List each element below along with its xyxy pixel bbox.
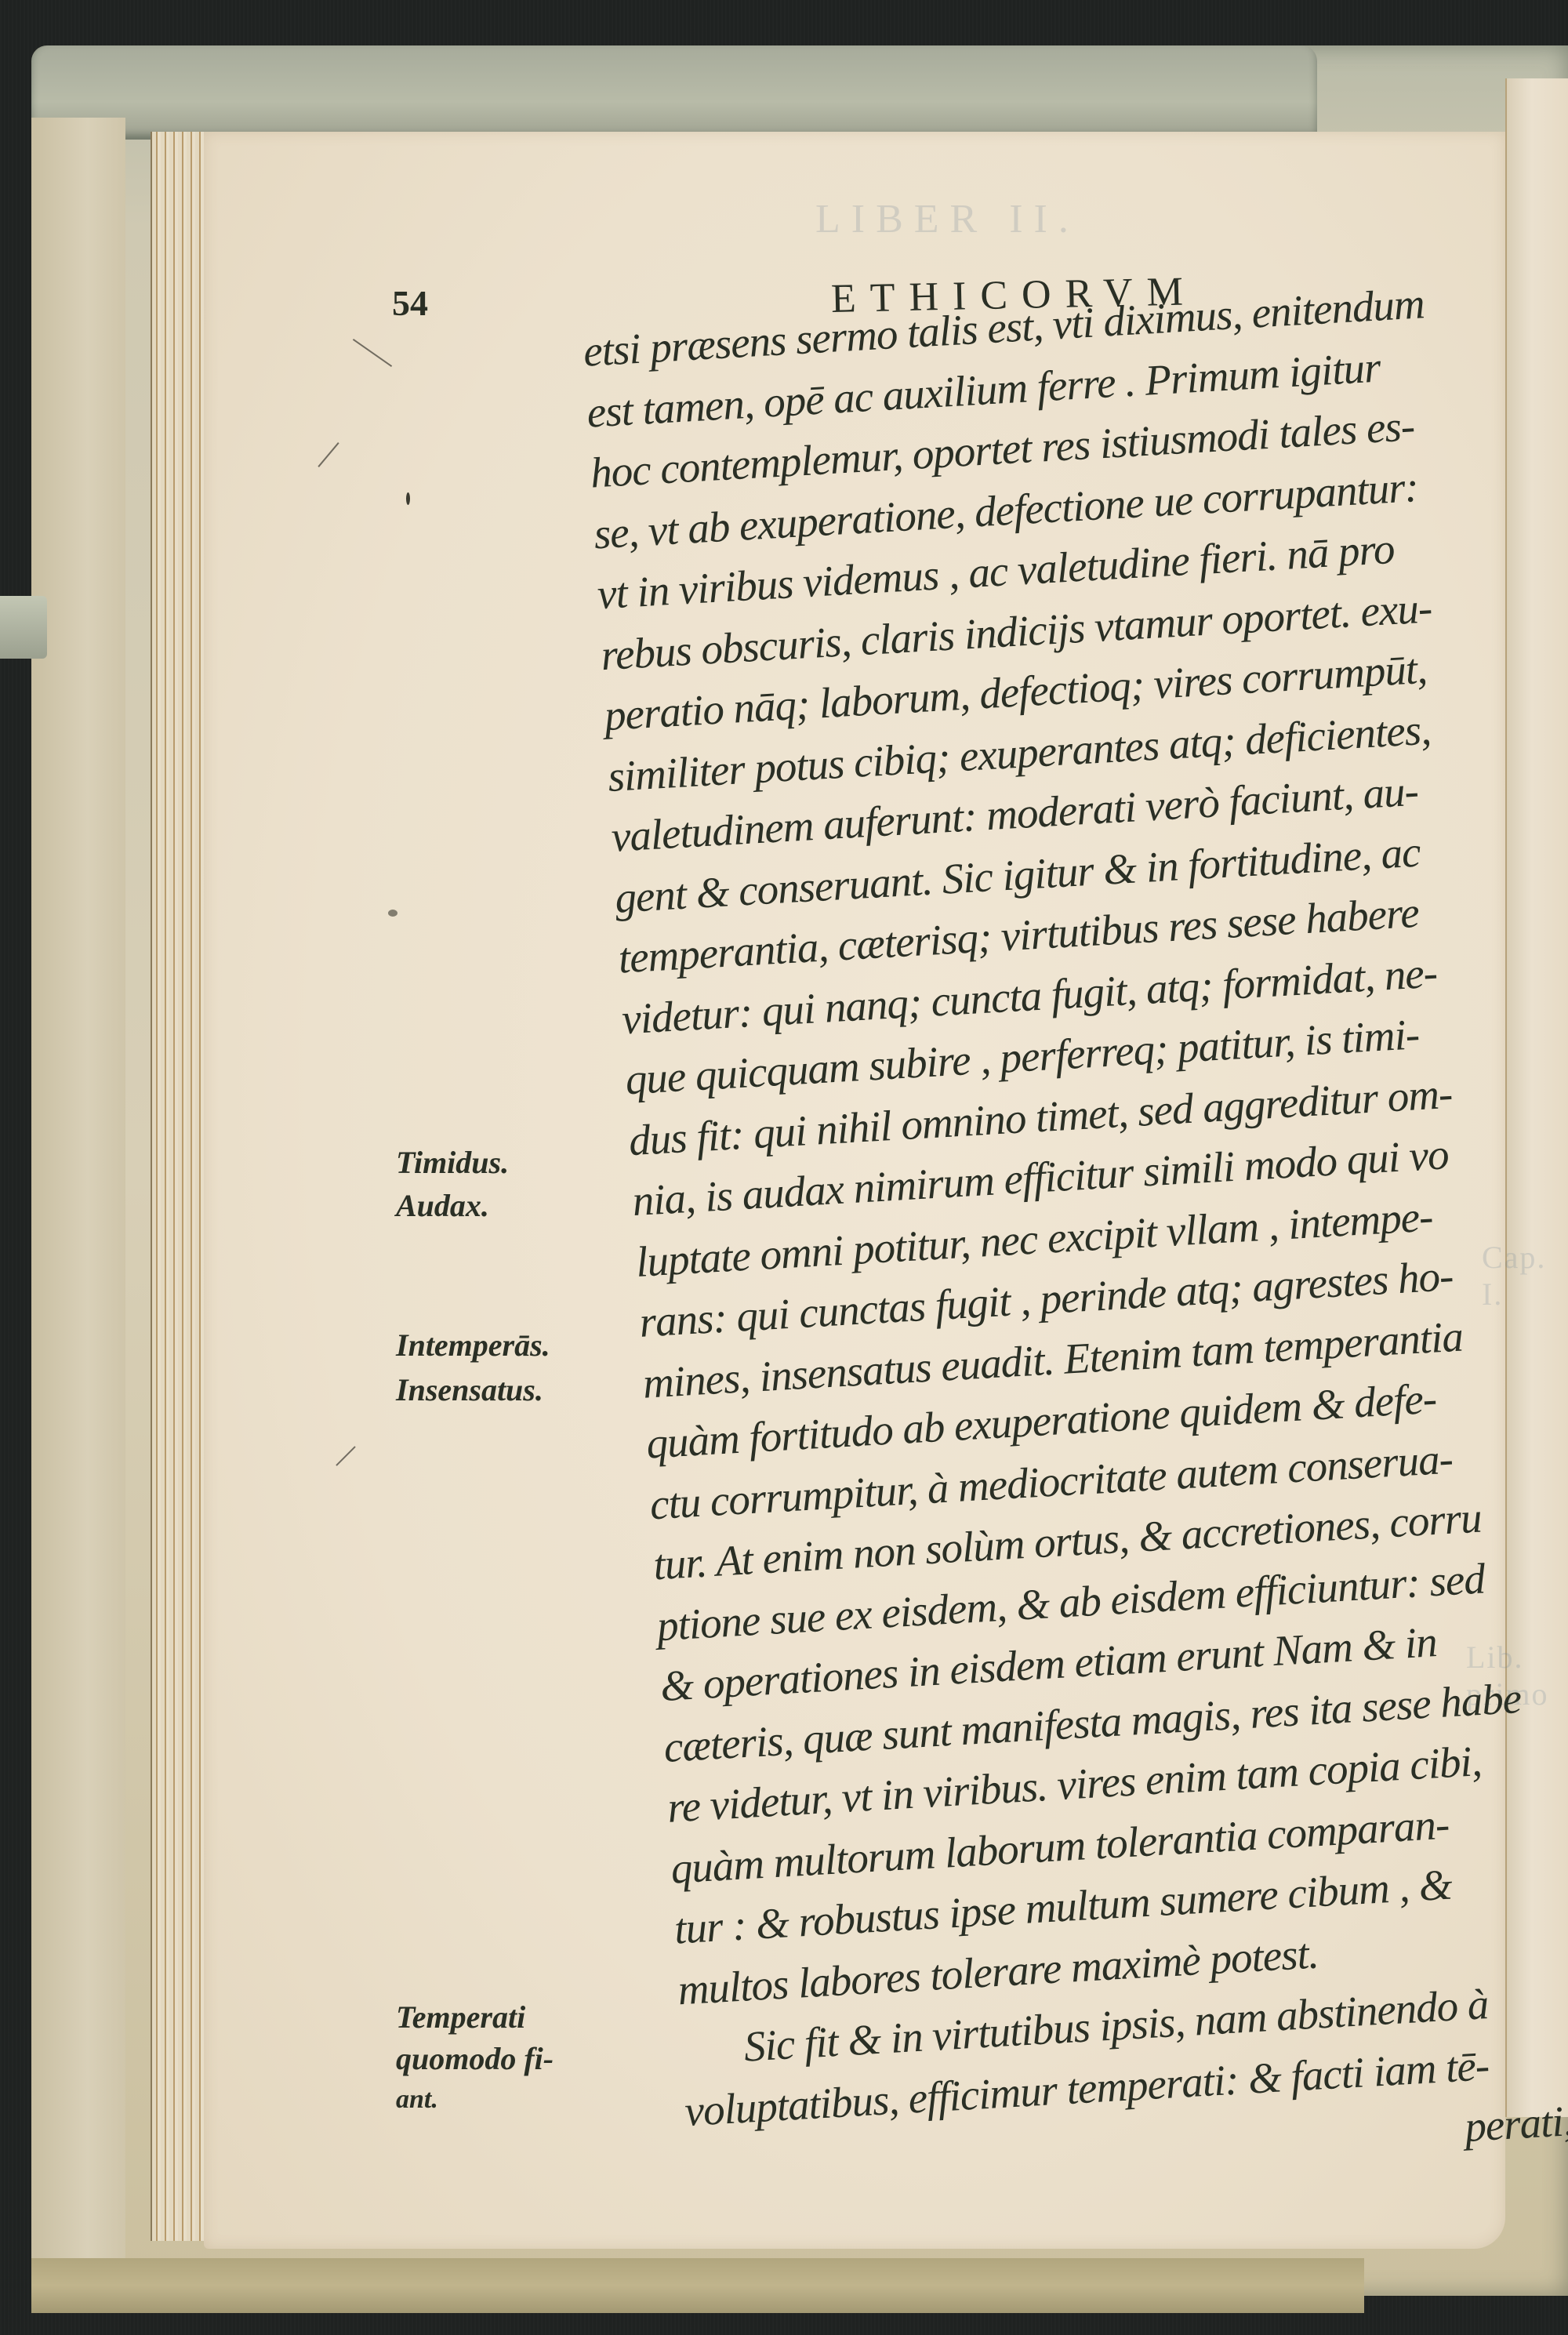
show-through-header: LIBER II. [815, 196, 1080, 242]
marginal-note-insensatus: Insensatus. [396, 1368, 543, 1412]
marginal-note-timidus: Timidus. [396, 1141, 509, 1185]
marginal-note-audax: Audax. [396, 1184, 489, 1228]
ink-speck [406, 492, 410, 505]
marginal-note-temperati: ant. [396, 2078, 438, 2122]
marginal-note-temperati: quomodo fi- [396, 2037, 554, 2081]
marginal-note-temperati: Temperati [396, 1995, 525, 2039]
page-number: 54 [392, 282, 428, 324]
cover-top-flap [31, 45, 1317, 140]
ink-speck [388, 910, 397, 917]
cover-left-strip [31, 118, 125, 2297]
marginal-note-intemperans: Intemperās. [396, 1324, 550, 1367]
cover-bottom-edge [31, 2258, 1364, 2313]
body-text: etsi præsens sermo talis est, vti diximu… [582, 269, 1568, 2202]
cover-tie-tab [0, 596, 47, 659]
